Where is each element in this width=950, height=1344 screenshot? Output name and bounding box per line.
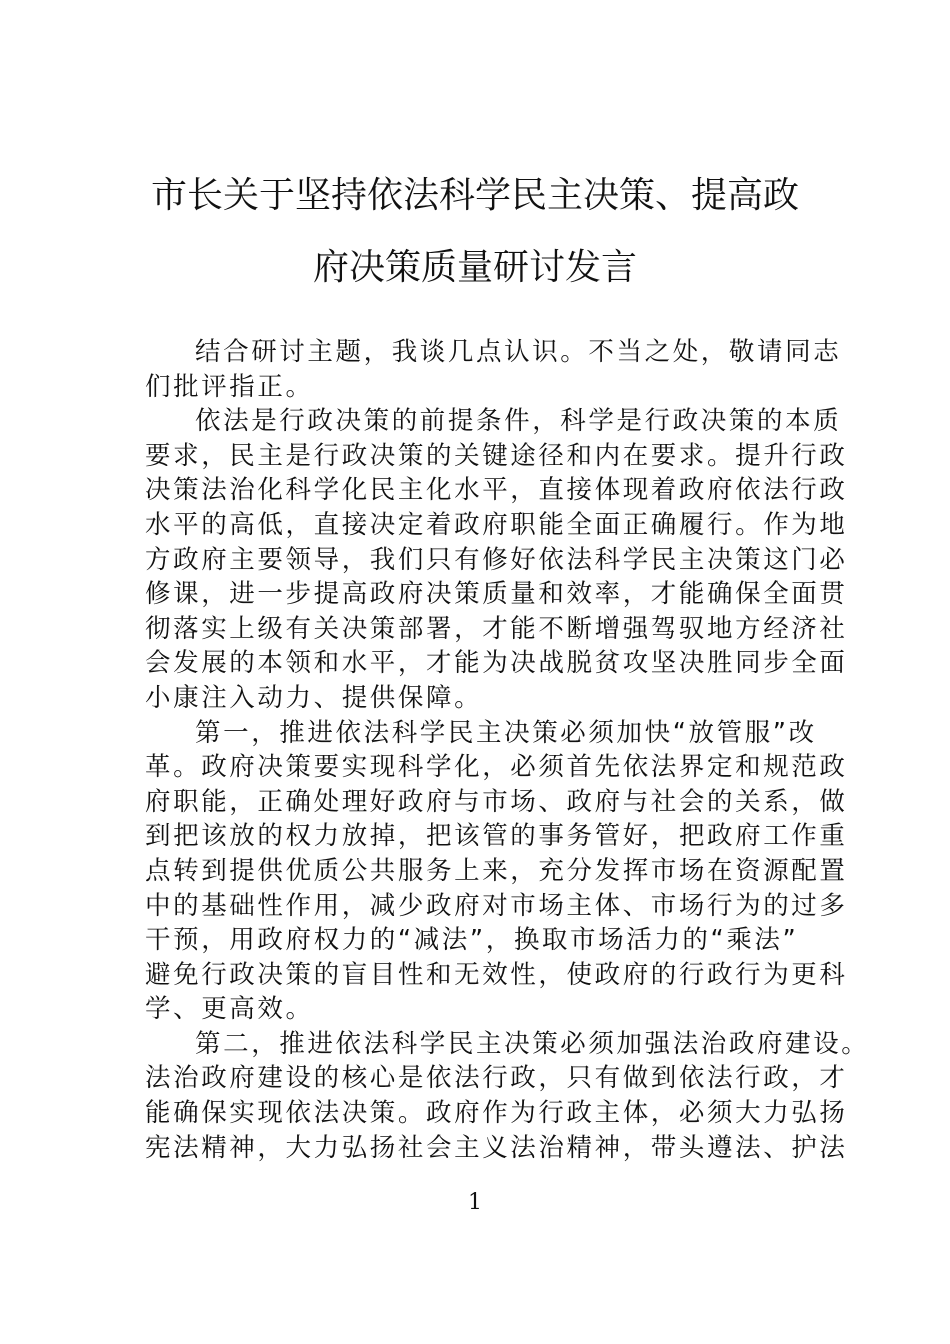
document-title-line-1: 市长关于坚持依法科学民主决策、提高政 — [0, 176, 950, 216]
text-line: 小康注入动力、提供保障。 — [145, 681, 835, 716]
text-line: 第一，推进依法科学民主决策必须加快“放管服”改 — [145, 716, 835, 751]
text-line: 第二，推进依法科学民主决策必须加强法治政府建设。 — [145, 1027, 835, 1062]
text-line: 水平的高低，直接决定着政府职能全面正确履行。作为地 — [145, 508, 835, 543]
page-number: 1 — [0, 1188, 950, 1218]
paragraph-principles: 依法是行政决策的前提条件，科学是行政决策的本质 要求，民主是行政决策的关键途径和… — [145, 404, 835, 715]
document-body: 结合研讨主题，我谈几点认识。不当之处，敬请同志 们批评指正。 依法是行政决策的前… — [145, 335, 835, 1165]
text-line: 宪法精神，大力弘扬社会主义法治精神，带头遵法、护法 — [145, 1131, 835, 1166]
document-page: 市长关于坚持依法科学民主决策、提高政 府决策质量研讨发言 结合研讨主题，我谈几点… — [0, 0, 950, 1344]
text-line: 干预，用政府权力的“减法”，换取市场活力的“乘法” — [145, 923, 835, 958]
text-line: 到把该放的权力放掉，把该管的事务管好，把政府工作重 — [145, 819, 835, 854]
text-line: 中的基础性作用，减少政府对市场主体、市场行为的过多 — [145, 889, 835, 924]
text-line: 学、更高效。 — [145, 992, 835, 1027]
paragraph-point-one: 第一，推进依法科学民主决策必须加快“放管服”改 革。政府决策要实现科学化，必须首… — [145, 716, 835, 1027]
text-line: 们批评指正。 — [145, 370, 835, 405]
paragraph-point-two: 第二，推进依法科学民主决策必须加强法治政府建设。 法治政府建设的核心是依法行政，… — [145, 1027, 835, 1165]
text-line: 能确保实现依法决策。政府作为行政主体，必须大力弘扬 — [145, 1096, 835, 1131]
paragraph-intro: 结合研讨主题，我谈几点认识。不当之处，敬请同志 们批评指正。 — [145, 335, 835, 404]
text-line: 避免行政决策的盲目性和无效性，使政府的行政行为更科 — [145, 958, 835, 993]
text-line: 要求，民主是行政决策的关键途径和内在要求。提升行政 — [145, 439, 835, 474]
text-line: 方政府主要领导，我们只有修好依法科学民主决策这门必 — [145, 543, 835, 578]
text-line: 府职能，正确处理好政府与市场、政府与社会的关系，做 — [145, 785, 835, 820]
text-line: 决策法治化科学化民主化水平，直接体现着政府依法行政 — [145, 473, 835, 508]
document-title-line-2: 府决策质量研讨发言 — [0, 248, 950, 288]
text-line: 依法是行政决策的前提条件，科学是行政决策的本质 — [145, 404, 835, 439]
text-line: 法治政府建设的核心是依法行政，只有做到依法行政，才 — [145, 1061, 835, 1096]
text-line: 修课，进一步提高政府决策质量和效率，才能确保全面贯 — [145, 577, 835, 612]
text-line: 会发展的本领和水平，才能为决战脱贫攻坚决胜同步全面 — [145, 646, 835, 681]
text-line: 点转到提供优质公共服务上来，充分发挥市场在资源配置 — [145, 854, 835, 889]
text-line: 彻落实上级有关决策部署，才能不断增强驾驭地方经济社 — [145, 612, 835, 647]
text-line: 革。政府决策要实现科学化，必须首先依法界定和规范政 — [145, 750, 835, 785]
text-line: 结合研讨主题，我谈几点认识。不当之处，敬请同志 — [145, 335, 835, 370]
